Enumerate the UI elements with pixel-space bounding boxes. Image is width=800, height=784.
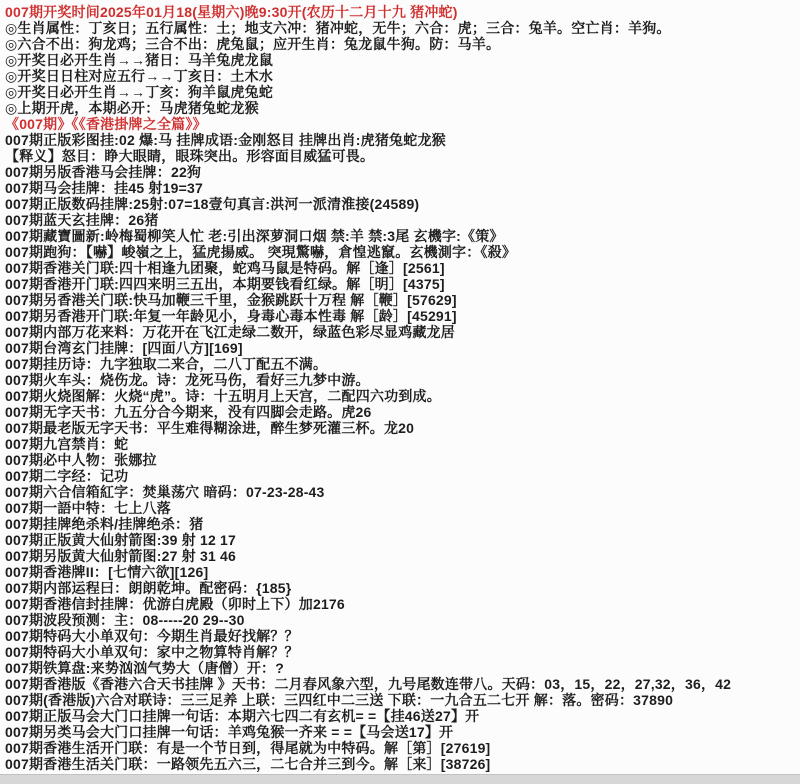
text-line: ◎生肖属性：丁亥日；五行属性：土；地支六冲：猪冲蛇，无牛；六合：虎；三合：兔羊。… [5, 20, 800, 36]
text-line: ◎开奖日日柱对应五行→→丁亥日：土木水 [5, 68, 800, 84]
text-line: 007期跑狗：【嚇】峻嶺之上，猛虎揚威。 突現驚嚇，倉惶逃竄。玄機測字：《殺》 [5, 244, 800, 260]
text-line: 007期火车头：烧伤龙。诗：龙死马伤，看好三九梦中游。 [5, 372, 800, 388]
intro-section: ◎生肖属性：丁亥日；五行属性：土；地支六冲：猪冲蛇，无牛；六合：虎；三合：兔羊。… [5, 20, 800, 116]
text-line: 007期马会挂牌：挂45 射19=37 [5, 180, 800, 196]
text-line: 【释义】怒目：睁大眼睛，眼珠突出。形容面目威猛可畏。 [5, 148, 800, 164]
text-line: 007期香港版《香港六合天书挂牌 》天书：二月春风象六型，九号尾数连带八。天码：… [5, 676, 800, 692]
text-line: 007期正版数码挂牌:25射:07=18壹句真言:洪河一派清淮接(24589) [5, 196, 800, 212]
text-line: 007期台湾玄门挂牌：[四面八方][169] [5, 340, 800, 356]
text-line: 007期火烧图解：火烧“虎”。诗：十五明月上天宫，二配四六功到成。 [5, 388, 800, 404]
text-line: 007期(香港版)六合对联诗：三三足养 上联：三四红中二三送 下联：一九合五二七… [5, 692, 800, 708]
text-line: ◎开奖日必开生肖→→丁亥：狗羊鼠虎兔蛇 [5, 84, 800, 100]
text-line: 007期正版彩图挂:02 爆:马 挂牌成语:金刚怒目 挂牌出肖:虎猪兔蛇龙猴 [5, 132, 800, 148]
text-line: 007期无字天书：九五分合今期来，没有四脚会走路。虎26 [5, 404, 800, 420]
text-line: 007期二字经：记功 [5, 468, 800, 484]
body-section: 007期正版彩图挂:02 爆:马 挂牌成语:金刚怒目 挂牌出肖:虎猪兔蛇龙猴【释… [5, 132, 800, 772]
text-line: 007期波段预测：主：08-----20 29--30 [5, 612, 800, 628]
text-line: 007期香港生活开门联：有是一个节日到，得尾就为中特码。解［第］[27619] [5, 740, 800, 756]
text-line: 007期内部万花来料：万花开在飞江走绿二数开，绿蓝色彩尽显鸡藏龙居 [5, 324, 800, 340]
text-line: 007期另类马会大门口挂牌一句话：羊鸡兔猴一齐来 = =【马会送17】开 [5, 724, 800, 740]
text-line: 007期另香港开门联:年复一年龄见小，身毒心毒本性毒 解［龄］[45291] [5, 308, 800, 324]
text-line: 007期特码大小单双句：家中之物算特肖解？？ [5, 644, 800, 660]
text-line: 007期一語中特：七上八落 [5, 500, 800, 516]
text-line: 007期挂牌绝杀料/挂牌绝杀：猪 [5, 516, 800, 532]
text-line: 007期藏寶圖新:岭梅蜀柳笑人忙 老:引出深萝洞口烟 禁:羊 禁:3尾 玄機字:… [5, 228, 800, 244]
section-title: 《007期》《《香港掛牌之全篇》》 [5, 116, 800, 132]
text-line: 007期六合信箱紅字：焚巢荡穴 暗码：07-23-28-43 [5, 484, 800, 500]
footer-divider-bar [0, 774, 800, 784]
text-line: 007期挂历诗：九字独取二来合，二八丁配五不满。 [5, 356, 800, 372]
text-line: ◎开奖日必开生肖→→猪日：马羊兔虎龙鼠 [5, 52, 800, 68]
text-line: ◎六合不出：狗龙鸡；三合不出：虎兔鼠；应开生肖：兔龙鼠牛狗。防：马羊。 [5, 36, 800, 52]
text-line: 007期特码大小单双句：今期生肖最好找解？？ [5, 628, 800, 644]
text-line: 007期铁算盘:来势汹汹气势大（唐僧）开：? [5, 660, 800, 676]
text-line: 007期最老版无字天书：平生难得糊涂进，醉生梦死灌三杯。龙20 [5, 420, 800, 436]
text-line: 007期另香港关门联:快马加鞭三千里，金猴跳跃十万程 解［鞭］[57629] [5, 292, 800, 308]
text-line: 007期香港开门联:四四来明三五出，本期要钱看红绿。解［明］[4375] [5, 276, 800, 292]
text-line: 007期九宫禁肖：蛇 [5, 436, 800, 452]
text-line: 007期香港信封挂牌：优游白虎殿（卯时上下）加2176 [5, 596, 800, 612]
text-line: ◎上期开虎，本期必开：马虎猪兔蛇龙猴 [5, 100, 800, 116]
text-line: 007期蓝天玄挂牌：26猪 [5, 212, 800, 228]
text-line: 007期正版马会大门口挂牌一句话：本期六七四二有玄机= =【挂46送27】开 [5, 708, 800, 724]
text-line: 007期另版黄大仙射箭图:27 射 31 46 [5, 548, 800, 564]
text-line: 007期香港关门联:四十相逢九团聚，蛇鸡马鼠是特码。解［逢］[2561] [5, 260, 800, 276]
header-line: 007期开奖时间2025年01月18(星期六)晚9:30开(农历十二月十九 猪冲… [5, 4, 800, 20]
text-line: 007期香港牌II：[七情六欲][126] [5, 564, 800, 580]
text-line: 007期香港生活关门联：一路领先五六三，二七合并三到今。解［来］[38726] [5, 756, 800, 772]
text-line: 007期另版香港马会挂牌：22狗 [5, 164, 800, 180]
lottery-tips-document: 007期开奖时间2025年01月18(星期六)晚9:30开(农历十二月十九 猪冲… [0, 0, 800, 784]
text-line: 007期必中人物：张娜拉 [5, 452, 800, 468]
text-line: 007期内部运程曰：朗朗乾坤。配密码：{185} [5, 580, 800, 596]
text-line: 007期正版黄大仙射箭图:39 射 12 17 [5, 532, 800, 548]
